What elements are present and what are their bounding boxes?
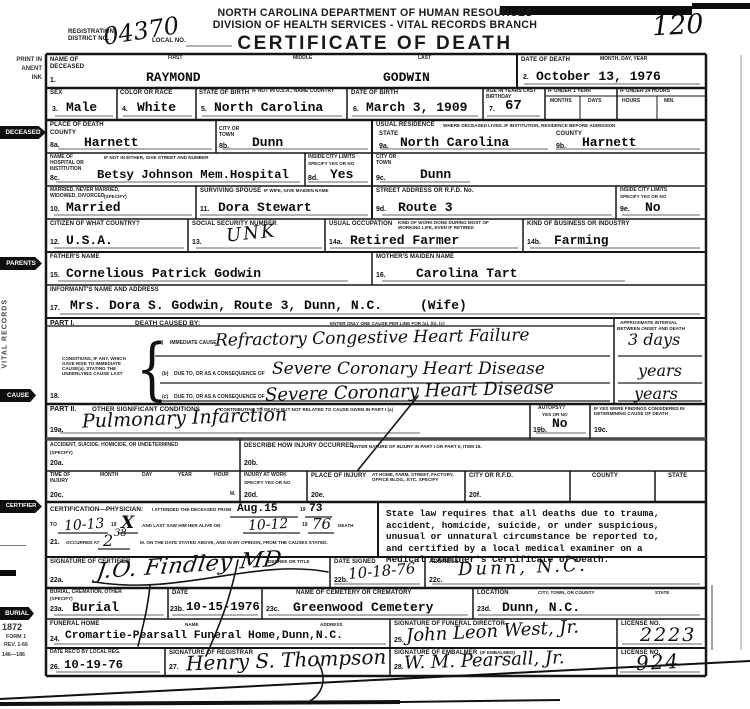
field-number-28: 28. <box>394 664 404 671</box>
hospital-label-3: INSTITUTION <box>50 167 81 173</box>
middle-column-header: MIDDLE <box>293 56 312 62</box>
margin-fragment: ANENT <box>0 66 42 72</box>
injury-at-work-sublabel: SPECIFY YES OR NO <box>244 480 290 485</box>
last-name-value: GODWIN <box>383 70 430 85</box>
industry-value: Farming <box>554 233 609 248</box>
date-received-label: DATE REC'D BY LOCAL REG. <box>50 650 120 656</box>
funeral-home-value: Cromartie-Pearsall Funeral Home,Dunn,N.C… <box>65 630 343 642</box>
injury-state-label: STATE <box>668 473 687 480</box>
field-number-14a: 14a. <box>329 239 343 246</box>
cemetery-label: NAME OF CEMETERY OR CREMATORY <box>296 590 411 597</box>
attended-from-date: Aug.15 <box>237 503 278 515</box>
death-caused-by-label: DEATH CAUSED BY: <box>135 320 200 327</box>
field-number-24: 24. <box>50 636 60 643</box>
margin-vertical-text: VITAL RECORDS <box>2 299 9 369</box>
field-number-23c: 23c. <box>266 606 280 613</box>
autopsy-value: No <box>552 416 568 431</box>
describe-injury-label: DESCRIBE HOW INJURY OCCURRED <box>244 443 354 450</box>
field-number-6: 6. <box>353 106 359 113</box>
field-number-22b: 22b. <box>334 577 348 584</box>
last-alive-year-handwritten: 76 <box>312 515 331 533</box>
field-number-20b: 20b. <box>244 460 258 467</box>
date-of-death-label: DATE OF DEATH <box>521 57 570 64</box>
field-number-23d: 23d. <box>477 606 491 613</box>
certifier-address-label: ADDRESS <box>429 559 459 566</box>
interval-c-value-handwritten: years <box>634 384 678 403</box>
accident-sublabel: (SPECIFY) <box>50 450 73 455</box>
field-number-18: 18. <box>50 393 60 400</box>
form-number-fragment: 1872 <box>2 622 22 632</box>
local-no-label: LOCAL NO. <box>152 38 186 45</box>
location-sublabel-2: STATE <box>655 590 669 595</box>
place-of-injury-label: PLACE OF INJURY <box>311 473 366 480</box>
residence-county-value: Harnett <box>582 135 637 150</box>
first-column-header: FIRST <box>168 56 182 62</box>
marital-status-value: Married <box>66 200 121 215</box>
funeral-home-name-sublabel: NAME <box>185 622 199 627</box>
field-number-9a: 9a. <box>379 143 389 150</box>
burial-date-value: 10-15-1976 <box>186 600 260 614</box>
law-line-2: accident, homicide, suicide, or under su… <box>386 520 659 532</box>
town-label: TOWN <box>219 133 234 139</box>
age-value: 67 <box>505 98 522 114</box>
field-number-10: 10. <box>50 206 60 213</box>
field-number-20f: 20f. <box>469 492 481 499</box>
dept-line-1: NORTH CAROLINA DEPARTMENT OF HUMAN RESOU… <box>120 7 630 19</box>
residence-county-label: COUNTY <box>556 131 582 138</box>
residence-state-value: North Carolina <box>400 135 509 150</box>
injury-county-label: COUNTY <box>592 473 618 480</box>
time-of-injury-label-2: INJURY <box>50 479 68 485</box>
attended-from-label: I ATTENDED THE DECEASED FROM <box>152 507 231 512</box>
field-number-4: 4. <box>122 106 128 113</box>
year-19-prefix-c: 19 <box>302 523 308 529</box>
form-number-fragment: 146—186 <box>2 652 25 658</box>
cause-c-letter: (c) <box>162 395 168 401</box>
field-number-19c: 19c. <box>594 427 608 434</box>
funeral-home-address-sublabel: ADDRESS <box>320 622 342 627</box>
field-number-15: 15. <box>50 272 60 279</box>
field-number-25: 25. <box>394 637 404 644</box>
field-number-2: 2. <box>523 74 529 81</box>
part-2-label: PART II. <box>50 406 76 413</box>
sex-value: Male <box>66 100 97 115</box>
field-number-19a: 19a. <box>50 427 64 434</box>
immediate-cause-label: IMMEDIATE CAUSE <box>170 341 217 347</box>
if-under-1-year-label: IF UNDER 1 YEAR <box>548 89 591 95</box>
field-number-23a: 23a. <box>50 606 64 613</box>
field-number-23b: 23b. <box>170 606 184 613</box>
law-line-4: and certified by a local medical examine… <box>386 543 659 555</box>
field-number-1: 1. <box>50 77 56 84</box>
citizen-value: U.S.A. <box>66 233 113 248</box>
to-label: TO <box>50 523 57 529</box>
name-of-deceased-label-1: NAME OF <box>50 57 78 64</box>
citizen-label: CITIZEN OF WHAT COUNTRY? <box>50 221 140 228</box>
inside-city-limits-value: Yes <box>330 167 353 182</box>
field-number-20c: 20c. <box>50 492 64 499</box>
autopsy-findings-label: IF YES WERE FINDINGS CONSIDERED IN DETER… <box>594 406 702 416</box>
burial-cremation-label: BURIAL, CREMATION, OTHER <box>50 590 122 596</box>
date-of-birth-label: DATE OF BIRTH <box>351 90 398 97</box>
mother-name-label: MOTHER'S MAIDEN NAME <box>376 254 454 261</box>
surviving-spouse-value: Dora Stewart <box>218 200 312 215</box>
occurred-at-label: OCCURRED AT <box>66 540 99 545</box>
residence-city-value: Dunn <box>420 167 451 182</box>
year-19-prefix-a: 19 <box>300 508 306 514</box>
last-saw-alive-label: AND LAST SAW HIM HER ALIVE ON <box>142 523 220 528</box>
informant-relation-value: (Wife) <box>420 298 467 313</box>
mother-name-value: Carolina Tart <box>416 266 517 281</box>
if-under-24-hours-label: IF UNDER 24 HOURS <box>620 89 670 95</box>
director-license-value-handwritten: 2223 <box>640 624 696 646</box>
father-name-label: FATHER'S NAME <box>50 254 100 261</box>
due-to-label-b: DUE TO, OR AS A CONSEQUENCE OF <box>174 372 265 378</box>
field-number-26: 26. <box>50 664 60 671</box>
field-number-20e: 20e. <box>311 492 325 499</box>
occupation-label: USUAL OCCUPATION <box>329 221 392 228</box>
accident-label: ACCIDENT, SUICIDE, HOMICIDE, OR UNDETERM… <box>50 443 178 449</box>
margin-tab-certifier: CERTIFIER <box>0 500 42 513</box>
state-of-birth-value: North Carolina <box>214 100 323 115</box>
race-label: COLOR OR RACE <box>120 90 172 97</box>
min-label: MIN. <box>664 99 675 105</box>
date-of-birth-value: March 3, 1909 <box>366 100 467 115</box>
header: NORTH CAROLINA DEPARTMENT OF HUMAN RESOU… <box>120 7 630 55</box>
county-label: COUNTY <box>50 130 76 137</box>
field-number-8a: 8a. <box>50 142 60 149</box>
interval-b-value-handwritten: years <box>638 361 682 380</box>
page-number-handwritten: 120 <box>651 9 704 43</box>
residence-town-label: TOWN <box>376 161 391 167</box>
autopsy-label: AUTOPSY? <box>538 406 565 412</box>
field-number-22a: 22a. <box>50 577 64 584</box>
location-label: LOCATION <box>477 590 509 597</box>
place-of-death-label: PLACE OF DEATH <box>50 122 104 129</box>
scan-artifact <box>0 570 16 576</box>
law-line-1: State law requires that all deaths due t… <box>386 508 659 520</box>
due-to-label-c: DUE TO, OR AS A CONSEQUENCE OF <box>174 395 265 401</box>
burial-value: Burial <box>72 600 119 615</box>
death-label: DEATH <box>338 523 353 528</box>
time-of-death-hour-handwritten: 2 <box>103 531 113 550</box>
first-name-value: RAYMOND <box>146 70 201 85</box>
day-label: DAY <box>142 473 152 479</box>
hour-label: HOUR <box>214 473 229 479</box>
part-1-label: PART I. <box>50 320 74 327</box>
marital-status-sublabel: (SPECIFY) <box>104 194 127 199</box>
margin-tab-deceased: DECEASED <box>0 126 46 139</box>
conditions-note: CONDITIONS, IF ANY, WHICH GAVE RISE TO I… <box>62 356 126 377</box>
field-number-13: 13. <box>192 239 202 246</box>
father-name-value: Cornelious Patrick Godwin <box>66 266 261 281</box>
street-address-value: Route 3 <box>398 200 453 215</box>
burial-date-label: DATE <box>172 590 188 597</box>
field-number-8b: 8b. <box>219 143 229 150</box>
residence-city-limits-sublabel: SPECIFY YES OR NO <box>620 194 666 199</box>
occupation-value: Retired Farmer <box>350 233 459 248</box>
field-number-20a: 20a. <box>50 460 64 467</box>
margin-tab-parents: PARENTS <box>0 257 42 270</box>
hours-label: HOURS <box>622 99 640 105</box>
residence-city-limits-value: No <box>645 200 661 215</box>
date-received-value: 10-19-76 <box>64 658 123 672</box>
attended-from-year: 73 <box>309 503 323 515</box>
injury-at-work-label: INJURY AT WORK <box>244 473 287 479</box>
field-number-21: 21. <box>50 539 60 546</box>
field-number-9d: 9d. <box>376 206 386 213</box>
opinion-causes-label: M. ON THE DATE STATED ABOVE, AND IN MY O… <box>140 540 328 545</box>
inside-city-limits-label: INSIDE CITY LIMITS <box>308 155 355 161</box>
field-number-17: 17. <box>50 305 60 312</box>
date-of-death-value: October 13, 1976 <box>536 69 661 84</box>
months-label: MONTHS <box>550 99 572 105</box>
field-number-9e: 9e. <box>620 206 630 213</box>
city-of-death-value: Dunn <box>252 135 283 150</box>
field-number-8c: 8c. <box>50 175 60 182</box>
state-label: STATE <box>379 131 398 138</box>
field-number-20d: 20d. <box>244 492 258 499</box>
interval-a-value-handwritten: 3 days <box>628 330 680 349</box>
surviving-spouse-label: SURVIVING SPOUSE <box>200 188 261 195</box>
surviving-spouse-sublabel: IF WIFE, GIVE MAIDEN NAME <box>264 188 329 193</box>
field-number-9c: 9c. <box>376 175 386 182</box>
sex-label: SEX <box>50 90 62 97</box>
field-number-12: 12. <box>50 239 60 246</box>
cemetery-value: Greenwood Cemetery <box>293 600 433 615</box>
time-of-death-min-handwritten: 38 <box>114 528 127 539</box>
name-of-deceased-label-2: DECEASED <box>50 64 84 71</box>
conditions-brace: { <box>136 335 168 403</box>
place-of-injury-sublabel: AT HOME, FARM, STREET, FACTORY, OFFICE B… <box>372 472 460 482</box>
year-label: YEAR <box>178 473 192 479</box>
field-number-8d: 8d. <box>308 175 318 182</box>
field-number-19b: 19b. <box>533 427 547 434</box>
informant-value: Mrs. Dora S. Godwin, Route 3, Dunn, N.C. <box>70 298 382 313</box>
margin-fragment: INK <box>0 75 42 81</box>
date-of-death-sublabel: MONTH, DAY, YEAR <box>600 57 647 63</box>
field-number-11: 11. <box>200 206 209 213</box>
cause-b-value-handwritten: Severe Coronary Heart Disease <box>272 359 545 379</box>
usual-residence-sublabel: WHERE DECEASED LIVED. IF INSTITUTION, RE… <box>443 123 615 128</box>
hospital-sublabel: IF NOT IN EITHER, GIVE STREET AND NUMBER <box>104 155 208 160</box>
cause-b-letter: (b) <box>162 372 168 378</box>
embalmer-license-value-handwritten: 924 <box>635 649 680 675</box>
county-value: Harnett <box>84 135 139 150</box>
days-label: DAYS <box>588 99 601 105</box>
law-line-3: unusual or unnatural circumstance be rep… <box>386 531 659 543</box>
scan-artifact <box>0 545 26 546</box>
field-number-3: 3. <box>52 106 58 113</box>
death-certificate-scan: NORTH CAROLINA DEPARTMENT OF HUMAN RESOU… <box>0 0 750 709</box>
funeral-home-label: FUNERAL HOME <box>50 621 99 628</box>
usual-residence-label: USUAL RESIDENCE <box>376 122 435 129</box>
form-number-fragment: REV. 1-66 <box>4 642 28 648</box>
field-number-22c: 22c. <box>429 577 443 584</box>
state-of-birth-label: STATE OF BIRTH <box>199 90 249 97</box>
race-value: White <box>137 100 176 115</box>
field-number-7: 7. <box>489 106 495 113</box>
field-number-16: 16. <box>376 272 386 279</box>
field-number-5: 5. <box>201 106 207 113</box>
one-cause-per-line-note: ENTER ONLY ONE CAUSE PER LINE FOR (a), (… <box>330 321 445 326</box>
interval-header-1: APPROXIMATE INTERVAL <box>620 320 677 325</box>
residence-city-limits-label: INSIDE CITY LIMITS <box>620 188 667 194</box>
field-number-27: 27. <box>169 664 179 671</box>
burial-sublabel: (SPECIFY) <box>50 596 73 601</box>
margin-tab-burial: BURIAL <box>0 607 34 620</box>
margin-fragment: PRINT IN <box>0 57 42 63</box>
inside-city-limits-sublabel: SPECIFY YES OR NO <box>308 161 354 166</box>
field-number-14b: 14b. <box>527 239 541 246</box>
informant-label: INFORMANT'S NAME AND ADDRESS <box>50 287 159 294</box>
form-number-fragment: FORM 1 <box>6 634 26 640</box>
field-number-9b: 9b. <box>556 143 566 150</box>
describe-injury-sublabel: ENTER NATURE OF INJURY IN PART I OR PART… <box>352 444 482 449</box>
location-value: Dunn, N.C. <box>502 600 580 615</box>
last-alive-date-handwritten: 10-12 <box>248 516 289 534</box>
state-of-birth-sublabel: IF NOT IN U.S.A., NAME COUNTRY <box>252 89 344 95</box>
am-pm-label: M. <box>230 492 236 498</box>
page-title: CERTIFICATE OF DEATH <box>120 33 630 55</box>
marital-status-label-2: WIDOWED, DIVORCED <box>50 194 104 200</box>
margin-tab-cause: CAUSE <box>0 389 36 402</box>
last-column-header: LAST <box>418 56 431 62</box>
occupation-sublabel: KIND OF WORK DONE DURING MOST OF WORKING… <box>398 220 508 230</box>
dept-line-2: DIVISION OF HEALTH SERVICES - VITAL RECO… <box>120 19 630 31</box>
hospital-value: Betsy Johnson Mem.Hospital <box>97 168 289 182</box>
attended-to-date-handwritten: 10-13 <box>63 516 104 535</box>
industry-label: KIND OF BUSINESS OR INDUSTRY <box>527 221 630 228</box>
street-address-label: STREET ADDRESS OR R.F.D. No. <box>376 188 474 195</box>
location-sublabel-1: CITY, TOWN, OR COUNTY <box>538 590 595 595</box>
city-or-rfd-label: CITY OR R.F.D. <box>469 473 513 480</box>
month-label: MONTH <box>100 473 118 479</box>
